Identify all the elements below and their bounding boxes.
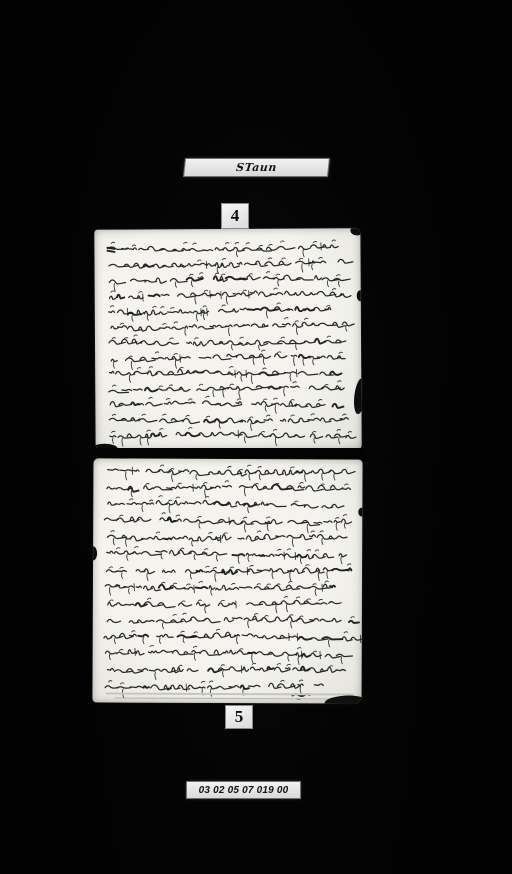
microfilm-frame: STaun 4 5 03 02 05 07 019 00 xyxy=(0,0,512,874)
handwriting-folio-4 xyxy=(94,228,361,451)
folio-number-plate-5: 5 xyxy=(226,706,252,728)
ink-blot xyxy=(357,290,362,301)
archive-code-text: 03 02 05 07 019 00 xyxy=(199,785,289,796)
ink-blot xyxy=(358,508,362,517)
folio-number-5: 5 xyxy=(235,707,244,727)
shelfmark-text: STaun xyxy=(235,161,277,174)
handwriting-strokes xyxy=(104,468,363,690)
handwriting-folio-5 xyxy=(92,458,362,703)
manuscript-folio-4 xyxy=(94,228,361,451)
folio-number-4: 4 xyxy=(231,206,240,226)
folio-number-plate-4: 4 xyxy=(222,204,248,228)
shelfmark-label: STaun xyxy=(184,159,329,176)
manuscript-folio-5 xyxy=(92,458,362,703)
archive-code-label: 03 02 05 07 019 00 xyxy=(187,782,300,798)
handwriting-strokes xyxy=(108,464,361,699)
